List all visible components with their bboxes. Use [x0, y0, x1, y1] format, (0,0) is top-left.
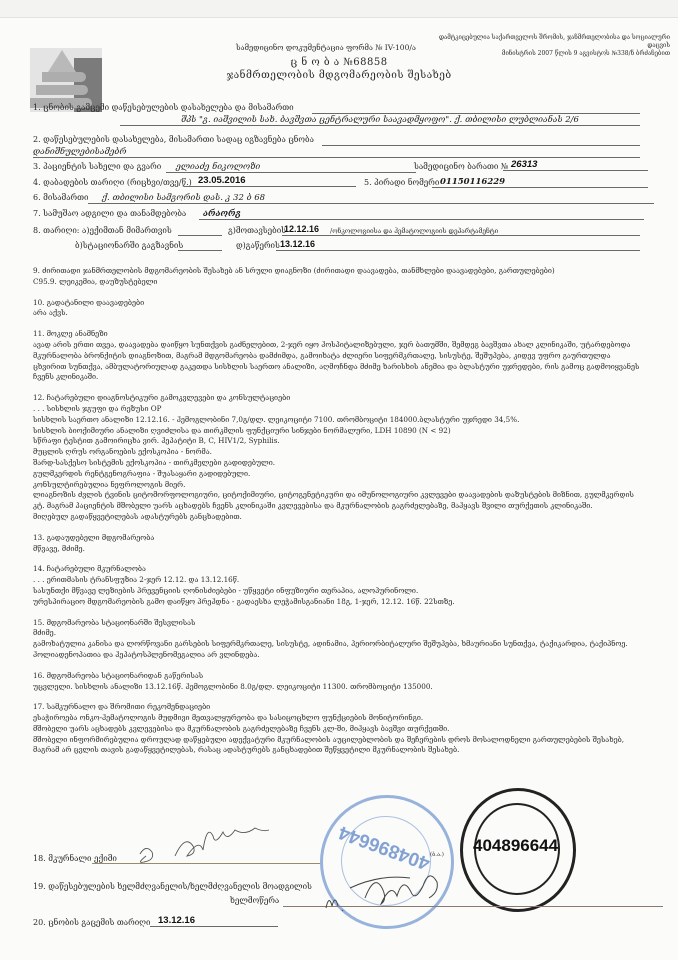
patient-name: ელიაძე ნიკოლოზი	[166, 162, 416, 173]
discharge-line	[276, 250, 640, 251]
section-line: სისხლის ბიოქიმიური ანალიზი ღვიძლისა და თ…	[33, 426, 643, 437]
workplace-value: არაორგ	[199, 209, 644, 220]
field2-value: დანიშნულებისამებრ	[33, 147, 640, 158]
section-title: 13. გადაუდებელი მდგომარეობა	[33, 533, 643, 544]
section-13: 13. გადაუდებელი მდგომარეობამწვავე, მძიმე…	[33, 533, 643, 555]
field3-label: 3. პაციენტის სახელი და გვარი	[33, 162, 161, 172]
section-line: . . . ერითმასის ტრანსფუზია 2-ჯერ 12.12. …	[33, 575, 643, 586]
section-line: გამოხატულია კანისა და ლორწოვანი გარსების…	[33, 639, 643, 650]
section-line: ავად არის ერთი თვეა, დაავადება დაიწყო სუ…	[33, 340, 643, 383]
medical-card-label: სამედიცინო ბარათი №	[414, 162, 509, 172]
section-line: მშობელი უარს აცხადებს კვლევებისა და მკურ…	[33, 724, 643, 735]
discharge-label: დ)გაწერის	[236, 241, 280, 251]
section-title: 11. მოკლე ანამნეზი	[33, 329, 643, 340]
section-9: 9. ძირითადი ჯანმრთელობის მდგომარეობის შე…	[33, 266, 643, 288]
medical-card-number: 26313	[503, 160, 648, 171]
section-line: სასუნთქი მწვავე ლეზიების პრევენციის ღონი…	[33, 586, 643, 597]
field5-label: 5. პირადი ნომერი	[364, 178, 439, 188]
field19-label: 19. დაწესებულების ხელმძღვანელის/ხელმძღვა…	[33, 882, 312, 892]
department: /ონკოლოგიისა და ჰემატოლოგიის დეპარტამენტ…	[330, 226, 498, 236]
issue-date: 13.12.16	[150, 916, 278, 927]
field20-label: 20. ცნობის გაცემის თარიღი	[33, 918, 151, 928]
document-page: დამტკიცებულია საქართველოს შრომის, ჯანმრთ…	[0, 17, 678, 960]
section-line: გულმკერდის რენტგენოგრაფია - შუასაყარი გა…	[33, 469, 643, 480]
field19-label2: ხელმოწერა	[230, 896, 279, 906]
certificate-number: ც ნ ო ბ ა №68858	[0, 57, 678, 68]
section-line: შარდ-სასქესო სისტემის ექოსკოპია - თირკმე…	[33, 458, 643, 469]
hospitalization-label: გ)მოთავსების	[228, 226, 286, 236]
doctor-signature	[130, 824, 330, 869]
section-title: 9. ძირითადი ჯანმრთელობის მდგომარეობის შე…	[33, 266, 643, 277]
field6-label: 6. მისამართი	[33, 193, 88, 203]
birth-date: 23.05.2016	[184, 176, 356, 187]
field2-label: 2. დაწესებულების დასახელება, მისამართი ს…	[33, 135, 314, 145]
document-title: ჯანმრთელობის მდგომარეობის შესახებ	[0, 70, 678, 81]
section-title: 15. მდგომარეობა სტაციონარში შესვლისას	[33, 618, 643, 629]
section-title: 16. მდგომარეობა სტაციონარიდან გაწერისას	[33, 671, 643, 682]
referral-date-line	[178, 235, 222, 236]
section-15: 15. მდგომარეობა სტაციონარში შესვლისასმძი…	[33, 618, 643, 661]
section-line: მწვავე, მძიმე.	[33, 544, 643, 555]
field1-label: 1. ცნობის გამცემი დაწესებულების დასახელე…	[33, 103, 294, 113]
section-line: ურესპირაციო მდგომარეობის გამო დაიწყო პრე…	[33, 597, 643, 608]
section-16: 16. მდგომარეობა სტაციონარიდან გაწერისასუ…	[33, 671, 643, 693]
section-line: სწრაფი ტესტით გამოირიცხა ვირ. ჰეპატიტი B…	[33, 436, 643, 447]
field8-label: 8. თარიღი: ა)ექიმთან მიმართვის	[33, 226, 172, 236]
section-line: . . . სისხლის ჯგუფი და რეზუსი OP	[33, 404, 643, 415]
section-line: მშობელი ინფორმირებულია დროულად დაწყებული…	[33, 735, 643, 757]
section-line: სისხლის საერთო ანალიზი 12.12.16. - ჰემოგ…	[33, 415, 643, 426]
section-line: C95.9. ლეიკემია, დაუზუსტებელი	[33, 277, 643, 288]
black-stamp-number: 404896644	[473, 836, 558, 856]
field7-label: 7. სამუშაო ადგილი და თანამდებობა	[33, 209, 186, 219]
referral-to-hospital-line	[178, 250, 222, 251]
address-value: ქ. თბილისი სამგორის დას. კ 32 ბ 68	[88, 193, 654, 204]
section-title: 10. გადატანილი დაავადებები	[33, 298, 643, 309]
section-title: 12. ჩატარებული დიაგნოსტიკური გამოკვლევებ…	[33, 393, 643, 404]
section-title: 17. სამკურნალო და შრომითი რეკომენდაციები	[33, 702, 643, 713]
clinical-sections: 9. ძირითადი ჯანმრთელობის მდგომარეობის შე…	[33, 258, 643, 756]
section-12: 12. ჩატარებული დიაგნოსტიკური გამოკვლევებ…	[33, 393, 643, 523]
form-label: სამედიცინო დოკუმენტაცია ფორმა № IV-100/ა	[236, 43, 416, 53]
section-line: არა აქვს.	[33, 308, 643, 319]
field8b-label: ბ)სტაციონარში გაგზავნის	[75, 241, 183, 251]
ministry-approval-note: დამტკიცებულია საქართველოს შრომის, ჯანმრთ…	[420, 34, 670, 58]
section-line: მძიმე.	[33, 628, 643, 639]
discharge-date: 13.12.16	[280, 239, 315, 249]
section-line: კონსულტირებულია ნეფროლოგის მიერ.	[33, 480, 643, 491]
section-10: 10. გადატანილი დაავადებებიარა აქვს.	[33, 298, 643, 320]
hospitalization-date: 12.12.16	[284, 224, 319, 234]
section-line: უცვლელი. სისხლის ანალიზი 13.12.16წ. ჰემო…	[33, 682, 643, 693]
section-11: 11. მოკლე ანამნეზიავად არის ერთი თვეა, დ…	[33, 329, 643, 383]
ministry-note-line1: დამტკიცებულია საქართველოს შრომის, ჯანმრთ…	[420, 34, 670, 50]
field1-line	[312, 113, 640, 114]
field1-value: შპს "გ. იაშვილის სახ. ბავშვთა ცენტრალური…	[120, 115, 640, 126]
personal-id: 01150116229	[432, 177, 648, 188]
section-line: მიღებულ გადაწყვეტილებას ადასტურებს განცხ…	[33, 512, 643, 523]
field4-label: 4. დაბადების თარიღი (რიცხვი/თვე/წ.)	[33, 178, 192, 188]
director-signature	[320, 858, 480, 918]
section-line: ესაჭიროება ონკო-ჰემატოლოგის მუდმივი მეთვ…	[33, 713, 643, 724]
section-line: მუცლის ღრუს ორგანოების ექოსკოპია - ნორმა…	[33, 447, 643, 458]
field2-line	[322, 145, 640, 146]
section-title: 14. ჩატარებული მკურნალობა	[33, 564, 643, 575]
section-line: ჰოლიადენოპათია და ჰეპატოსპლენომეგალია არ…	[33, 650, 643, 661]
section-17: 17. სამკურნალო და შრომითი რეკომენდაციები…	[33, 702, 643, 756]
section-line: ლიაგნოზის ძვლის ტვინის ციტომორფოლოგიური,…	[33, 490, 643, 512]
section-14: 14. ჩატარებული მკურნალობა. . . ერითმასის…	[33, 564, 643, 607]
